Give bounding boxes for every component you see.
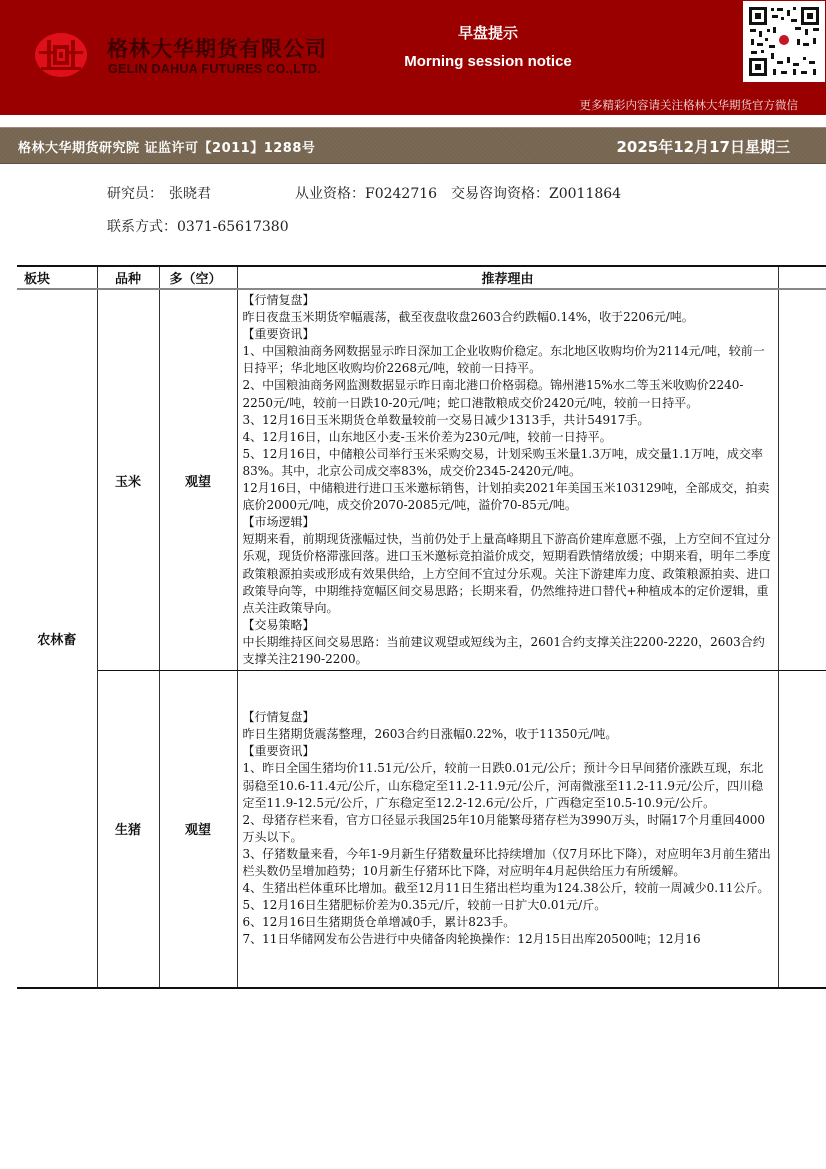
reason-cell: 【行情复盘】 昨日夜盘玉米期货窄幅震荡，截至夜盘收盘2603合约跌幅0.14%，… xyxy=(237,289,778,671)
section-heading: 【行情复盘】 xyxy=(243,709,774,726)
contact-label: 联系方式： xyxy=(107,219,177,235)
researcher-name: 张晓君 xyxy=(169,183,295,203)
company-name-cn: 格林大华期货有限公司 xyxy=(107,33,327,63)
follow-wechat-text: 更多精彩内容请关注格林大华期货官方微信 xyxy=(580,97,799,113)
contact-info: 联系方式：0371-65617380 xyxy=(107,216,289,236)
reason-text: 12月16日，中储粮进行进口玉米邀标销售，计划拍卖2021年美国玉米103129… xyxy=(243,480,774,514)
reason-text: 4、生猪出栏体重环比增加。截至12月11日生猪出栏均重为124.38公斤，较前一… xyxy=(243,880,774,897)
reason-text: 昨日夜盘玉米期货窄幅震荡，截至夜盘收盘2603合约跌幅0.14%，收于2206元… xyxy=(243,309,774,326)
header-variety: 品种 xyxy=(97,266,159,289)
researcher-label: 研究员： xyxy=(107,183,163,203)
notice-title-en: Morning session notice xyxy=(400,53,576,70)
reason-text: 6、12月16日生猪期货仓单增减0手，累计823手。 xyxy=(243,914,774,931)
table-row-hog: 生猪 观望 【行情复盘】 昨日生猪期货震荡整理，2603合约日涨幅0.22%，收… xyxy=(17,671,826,988)
direction-cell: 观望 xyxy=(159,289,237,671)
header-sector: 板块 xyxy=(17,266,97,289)
reason-text: 7、11日华储网发布公告进行中央储备肉轮换操作：12月15日出库20500吨；1… xyxy=(243,931,774,948)
qualification-label: 从业资格： xyxy=(295,183,365,203)
company-name-en: GELIN DAHUA FUTURES CO.,LTD. xyxy=(108,62,321,76)
reason-text: 5、12月16日，中储粮公司举行玉米采购交易，计划采购玉米量1.3万吨，成交量1… xyxy=(243,446,774,480)
consult-number: Z0011864 xyxy=(549,186,621,202)
reason-text: 中长期维持区间交易思路：当前建议观望或短线为主，2601合约支撑关注2200-2… xyxy=(243,634,774,668)
table-row-corn: 农林畜 玉米 观望 【行情复盘】 昨日夜盘玉米期货窄幅震荡，截至夜盘收盘2603… xyxy=(17,289,826,671)
top-banner: 格林大华期货有限公司 GELIN DAHUA FUTURES CO.,LTD. … xyxy=(0,0,826,115)
table-header-row: 板块 品种 多（空） 推荐理由 xyxy=(17,266,826,289)
recommendation-table: 板块 品种 多（空） 推荐理由 农林畜 玉米 观望 【行情复盘】 昨日夜盘玉米期… xyxy=(17,265,826,989)
reason-text: 3、仔猪数量来看，今年1-9月新生仔猪数量环比持续增加（仅7月环比下降），对应明… xyxy=(243,846,774,880)
section-heading: 【交易策略】 xyxy=(243,617,774,634)
reason-text: 4、12月16日，山东地区小麦-玉米价差为230元/吨，较前一日持平。 xyxy=(243,429,774,446)
header-empty xyxy=(778,266,826,289)
section-heading: 【行情复盘】 xyxy=(243,292,774,309)
reason-cell: 【行情复盘】 昨日生猪期货震荡整理，2603合约日涨幅0.22%，收于11350… xyxy=(237,671,778,988)
notice-title-cn: 早盘提示 xyxy=(400,22,576,43)
reason-text: 5、12月16日生猪肥标价差为0.35元/斤，较前一日扩大0.01元/斤。 xyxy=(243,897,774,914)
variety-cell: 生猪 xyxy=(97,671,159,988)
qualification-number: F0242716 xyxy=(365,186,451,202)
author-info: 研究员：张晓君从业资格：F0242716交易咨询资格：Z0011864 xyxy=(107,183,621,203)
company-logo-icon xyxy=(33,31,89,79)
reason-text: 短期来看，前期现货涨幅过快，当前仍处于上量高峰期且下游高价建库意愿不强，上方空间… xyxy=(243,531,774,616)
reason-text: 3、12月16日玉米期货仓单数量较前一交易日减少1313手，共计54917手。 xyxy=(243,412,774,429)
report-date: 2025年12月17日星期三 xyxy=(617,136,791,157)
qr-code-icon xyxy=(747,5,821,78)
direction-cell: 观望 xyxy=(159,671,237,988)
header-direction: 多（空） xyxy=(159,266,237,289)
reason-text: 1、中国粮油商务网数据显示昨日深加工企业收购价稳定。东北地区收购均价为2114元… xyxy=(243,343,774,377)
reason-text: 2、中国粮油商务网监测数据显示昨日南北港口价格弱稳。锦州港15%水二等玉米收购价… xyxy=(243,377,774,411)
section-heading: 【市场逻辑】 xyxy=(243,514,774,531)
reason-text: 1、昨日全国生猪均价11.51元/公斤，较前一日跌0.01元/公斤；预计今日早间… xyxy=(243,760,774,811)
wechat-qr-code xyxy=(743,1,825,82)
header-reason: 推荐理由 xyxy=(237,266,778,289)
reason-text: 2、母猪存栏来看，官方口径显示我国25年10月能繁母猪存栏为3990万头，时隔1… xyxy=(243,812,774,846)
variety-cell: 玉米 xyxy=(97,289,159,671)
contact-phone: 0371-65617380 xyxy=(177,219,289,235)
empty-cell xyxy=(778,671,826,988)
empty-cell xyxy=(778,289,826,671)
reason-text: 昨日生猪期货震荡整理，2603合约日涨幅0.22%，收于11350元/吨。 xyxy=(243,726,774,743)
section-heading: 【重要资讯】 xyxy=(243,326,774,343)
info-band: 格林大华期货研究院 证监许可【2011】1288号 2025年12月17日星期三 xyxy=(0,127,826,164)
sector-cell: 农林畜 xyxy=(17,289,97,988)
institute-license: 格林大华期货研究院 证监许可【2011】1288号 xyxy=(18,137,315,156)
consult-label: 交易咨询资格： xyxy=(451,183,549,203)
section-heading: 【重要资讯】 xyxy=(243,743,774,760)
